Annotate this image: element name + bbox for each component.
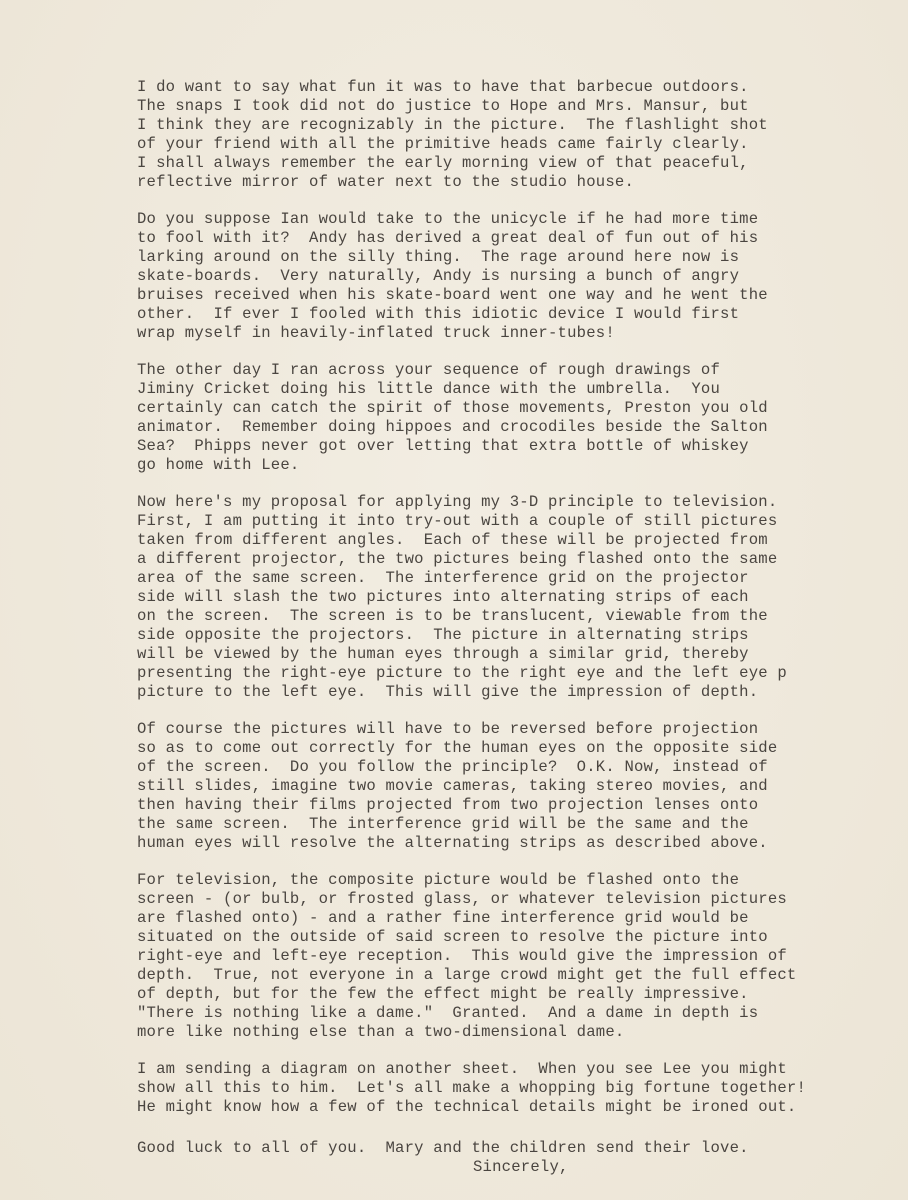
text-line: animator. Remember doing hippoes and cro… xyxy=(137,418,897,437)
text-line: skate-boards. Very naturally, Andy is nu… xyxy=(137,267,897,286)
closing-line: Good luck to all of you. Mary and the ch… xyxy=(137,1139,897,1158)
text-line: The snaps I took did not do justice to H… xyxy=(137,97,897,116)
text-line: of the screen. Do you follow the princip… xyxy=(137,758,897,777)
text-line: a different projector, the two pictures … xyxy=(137,550,897,569)
text-line: I think they are recognizably in the pic… xyxy=(137,116,897,135)
text-line: to fool with it? Andy has derived a grea… xyxy=(137,229,897,248)
text-line: taken from different angles. Each of the… xyxy=(137,531,897,550)
text-line: situated on the outside of said screen t… xyxy=(137,928,897,947)
text-line: Now here's my proposal for applying my 3… xyxy=(137,493,897,512)
paragraph-barbecue: I do want to say what fun it was to have… xyxy=(137,78,897,192)
text-line: larking around on the silly thing. The r… xyxy=(137,248,897,267)
text-line: on the screen. The screen is to be trans… xyxy=(137,607,897,626)
paragraph-television: For television, the composite picture wo… xyxy=(137,871,897,1042)
text-line: The other day I ran across your sequence… xyxy=(137,361,897,380)
paragraph-diagram: I am sending a diagram on another sheet.… xyxy=(137,1060,897,1117)
text-line: First, I am putting it into try-out with… xyxy=(137,512,897,531)
text-line: show all this to him. Let's all make a w… xyxy=(137,1079,897,1098)
closing-block: Good luck to all of you. Mary and the ch… xyxy=(137,1139,897,1177)
text-line: other. If ever I fooled with this idioti… xyxy=(137,305,897,324)
text-line: the same screen. The interference grid w… xyxy=(137,815,897,834)
text-line: right-eye and left-eye reception. This w… xyxy=(137,947,897,966)
text-line: bruises received when his skate-board we… xyxy=(137,286,897,305)
text-line: wrap myself in heavily-inflated truck in… xyxy=(137,324,897,343)
text-line: picture to the left eye. This will give … xyxy=(137,683,897,702)
text-line: I do want to say what fun it was to have… xyxy=(137,78,897,97)
letter-page: I do want to say what fun it was to have… xyxy=(0,0,908,1200)
text-line: screen - (or bulb, or frosted glass, or … xyxy=(137,890,897,909)
text-line: "There is nothing like a dame." Granted.… xyxy=(137,1004,897,1023)
paragraph-3d-proposal: Now here's my proposal for applying my 3… xyxy=(137,493,897,702)
text-line: Sea? Phipps never got over letting that … xyxy=(137,437,897,456)
signoff: Sincerely, xyxy=(137,1158,897,1177)
text-line: so as to come out correctly for the huma… xyxy=(137,739,897,758)
text-line: of your friend with all the primitive he… xyxy=(137,135,897,154)
text-line: then having their films projected from t… xyxy=(137,796,897,815)
text-line: reflective mirror of water next to the s… xyxy=(137,173,897,192)
text-line: He might know how a few of the technical… xyxy=(137,1098,897,1117)
paragraph-reversed-projection: Of course the pictures will have to be r… xyxy=(137,720,897,853)
text-line: still slides, imagine two movie cameras,… xyxy=(137,777,897,796)
paragraph-unicycle: Do you suppose Ian would take to the uni… xyxy=(137,210,897,343)
text-line: will be viewed by the human eyes through… xyxy=(137,645,897,664)
text-line: human eyes will resolve the alternating … xyxy=(137,834,897,853)
text-line: more like nothing else than a two-dimens… xyxy=(137,1023,897,1042)
letter-body: I do want to say what fun it was to have… xyxy=(137,78,897,1177)
text-line: I shall always remember the early mornin… xyxy=(137,154,897,173)
text-line: go home with Lee. xyxy=(137,456,897,475)
paragraph-jiminy-cricket: The other day I ran across your sequence… xyxy=(137,361,897,475)
text-line: are flashed onto) - and a rather fine in… xyxy=(137,909,897,928)
text-line: Jiminy Cricket doing his little dance wi… xyxy=(137,380,897,399)
text-line: I am sending a diagram on another sheet.… xyxy=(137,1060,897,1079)
text-line: presenting the right-eye picture to the … xyxy=(137,664,897,683)
text-line: area of the same screen. The interferenc… xyxy=(137,569,897,588)
text-line: certainly can catch the spirit of those … xyxy=(137,399,897,418)
text-line: side will slash the two pictures into al… xyxy=(137,588,897,607)
text-line: Do you suppose Ian would take to the uni… xyxy=(137,210,897,229)
text-line: of depth, but for the few the effect mig… xyxy=(137,985,897,1004)
text-line: side opposite the projectors. The pictur… xyxy=(137,626,897,645)
text-line: For television, the composite picture wo… xyxy=(137,871,897,890)
text-line: Of course the pictures will have to be r… xyxy=(137,720,897,739)
text-line: depth. True, not everyone in a large cro… xyxy=(137,966,897,985)
